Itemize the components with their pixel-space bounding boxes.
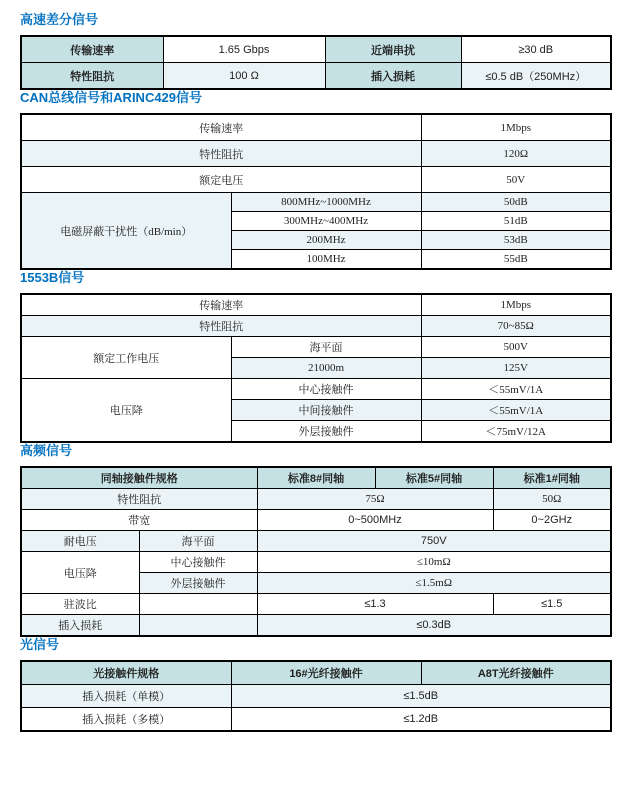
table-row: 特性阻抗 120Ω [21,141,611,167]
section-title-can-arinc429: CAN总线信号和ARINC429信号 [20,90,610,106]
header-cell: 标准1#同轴 [493,467,611,489]
label-cell: 电磁屏蔽干扰性（dB/min） [21,193,231,270]
sub-label-cell: 21000m [231,358,421,379]
value-cell: ≥30 dB [461,36,611,63]
value-cell: 50dB [421,193,611,212]
label-cell: 插入损耗（多模） [21,708,231,732]
sub-label-cell: 外层接触件 [231,421,421,443]
sub-label-cell: 海平面 [139,531,257,552]
value-cell: 1Mbps [421,114,611,141]
value-cell: 100 Ω [163,63,325,90]
sub-label-cell: 300MHz~400MHz [231,212,421,231]
label-cell: 特性阻抗 [21,316,421,337]
label-cell: 电压降 [21,379,231,443]
high-speed-differential-table: 传输速率 1.65 Gbps 近端串扰 ≥30 dB 特性阻抗 100 Ω 插入… [20,35,612,90]
empty-cell [139,594,257,615]
sub-label-cell: 中间接触件 [231,400,421,421]
optical-table: 光接触件规格 16#光纤接触件 A8T光纤接触件 插入损耗（单模） ≤1.5dB… [20,660,612,732]
value-cell: ≤10mΩ [257,552,611,573]
label-cell: 插入损耗（单模） [21,685,231,708]
label-cell: 插入损耗 [21,615,139,637]
table-row: 传输速率 1Mbps [21,294,611,316]
header-cell: 标准8#同轴 [257,467,375,489]
value-cell: ≤0.5 dB（250MHz） [461,63,611,90]
sub-label-cell: 海平面 [231,337,421,358]
value-cell: ＜55mV/1A [421,379,611,400]
header-cell: 标准5#同轴 [375,467,493,489]
value-cell: 50V [421,167,611,193]
value-cell: ≤1.2dB [231,708,611,732]
label-cell: 传输速率 [21,114,421,141]
value-cell: ≤1.5 [493,594,611,615]
table-row: 传输速率 1Mbps [21,114,611,141]
table-row: 特性阻抗 75Ω 50Ω [21,489,611,510]
value-cell: ≤1.5dB [231,685,611,708]
can-arinc429-table: 传输速率 1Mbps 特性阻抗 120Ω 额定电压 50V 电磁屏蔽干扰性（dB… [20,113,612,270]
table-row: 插入损耗 ≤0.3dB [21,615,611,637]
sub-label-cell: 800MHz~1000MHz [231,193,421,212]
sub-label-cell: 外层接触件 [139,573,257,594]
rf-table: 同轴接触件规格 标准8#同轴 标准5#同轴 标准1#同轴 特性阻抗 75Ω 50… [20,466,612,637]
table-row: 插入损耗（多模） ≤1.2dB [21,708,611,732]
table-row: 额定工作电压 海平面 500V [21,337,611,358]
value-cell: 75Ω [257,489,493,510]
table-row: 特性阻抗 100 Ω 插入损耗 ≤0.5 dB（250MHz） [21,63,611,90]
value-cell: 55dB [421,250,611,270]
value-cell: 50Ω [493,489,611,510]
value-cell: 1.65 Gbps [163,36,325,63]
section-title-rf: 高频信号 [20,443,610,459]
label-cell: 近端串扰 [325,36,461,63]
value-cell: ＜55mV/1A [421,400,611,421]
section-title-optical: 光信号 [20,637,610,653]
table-row: 特性阻抗 70~85Ω [21,316,611,337]
label-cell: 电压降 [21,552,139,594]
label-cell: 传输速率 [21,294,421,316]
table-row: 电压降 中心接触件 ≤10mΩ [21,552,611,573]
value-cell: 70~85Ω [421,316,611,337]
value-cell: ≤1.3 [257,594,493,615]
b1553-table: 传输速率 1Mbps 特性阻抗 70~85Ω 额定工作电压 海平面 500V 2… [20,293,612,443]
label-cell: 传输速率 [21,36,163,63]
label-cell: 额定工作电压 [21,337,231,379]
table-row: 耐电压 海平面 750V [21,531,611,552]
label-cell: 带宽 [21,510,257,531]
value-cell: ＜75mV/12A [421,421,611,443]
label-cell: 驻波比 [21,594,139,615]
label-cell: 额定电压 [21,167,421,193]
label-cell: 插入损耗 [325,63,461,90]
label-cell: 特性阻抗 [21,489,257,510]
sub-label-cell: 中心接触件 [231,379,421,400]
value-cell: 125V [421,358,611,379]
table-row: 带宽 0~500MHz 0~2GHz [21,510,611,531]
value-cell: 500V [421,337,611,358]
table-row: 传输速率 1.65 Gbps 近端串扰 ≥30 dB [21,36,611,63]
header-cell: 同轴接触件规格 [21,467,257,489]
value-cell: 1Mbps [421,294,611,316]
header-cell: 16#光纤接触件 [231,661,421,685]
document-page: 高速差分信号 传输速率 1.65 Gbps 近端串扰 ≥30 dB 特性阻抗 1… [0,0,630,732]
table-header-row: 光接触件规格 16#光纤接触件 A8T光纤接触件 [21,661,611,685]
sub-label-cell: 100MHz [231,250,421,270]
value-cell: 750V [257,531,611,552]
value-cell: 51dB [421,212,611,231]
sub-label-cell: 200MHz [231,231,421,250]
table-row: 插入损耗（单模） ≤1.5dB [21,685,611,708]
table-row: 电压降 中心接触件 ＜55mV/1A [21,379,611,400]
empty-cell [139,615,257,637]
table-row: 驻波比 ≤1.3 ≤1.5 [21,594,611,615]
table-row: 电磁屏蔽干扰性（dB/min） 800MHz~1000MHz 50dB [21,193,611,212]
value-cell: 120Ω [421,141,611,167]
value-cell: 53dB [421,231,611,250]
table-row: 额定电压 50V [21,167,611,193]
table-header-row: 同轴接触件规格 标准8#同轴 标准5#同轴 标准1#同轴 [21,467,611,489]
value-cell: ≤0.3dB [257,615,611,637]
value-cell: 0~500MHz [257,510,493,531]
header-cell: 光接触件规格 [21,661,231,685]
value-cell: 0~2GHz [493,510,611,531]
section-title-1553b: 1553B信号 [20,270,610,286]
value-cell: ≤1.5mΩ [257,573,611,594]
label-cell: 特性阻抗 [21,63,163,90]
sub-label-cell: 中心接触件 [139,552,257,573]
section-title-high-speed-differential: 高速差分信号 [20,12,610,28]
label-cell: 耐电压 [21,531,139,552]
header-cell: A8T光纤接触件 [421,661,611,685]
label-cell: 特性阻抗 [21,141,421,167]
